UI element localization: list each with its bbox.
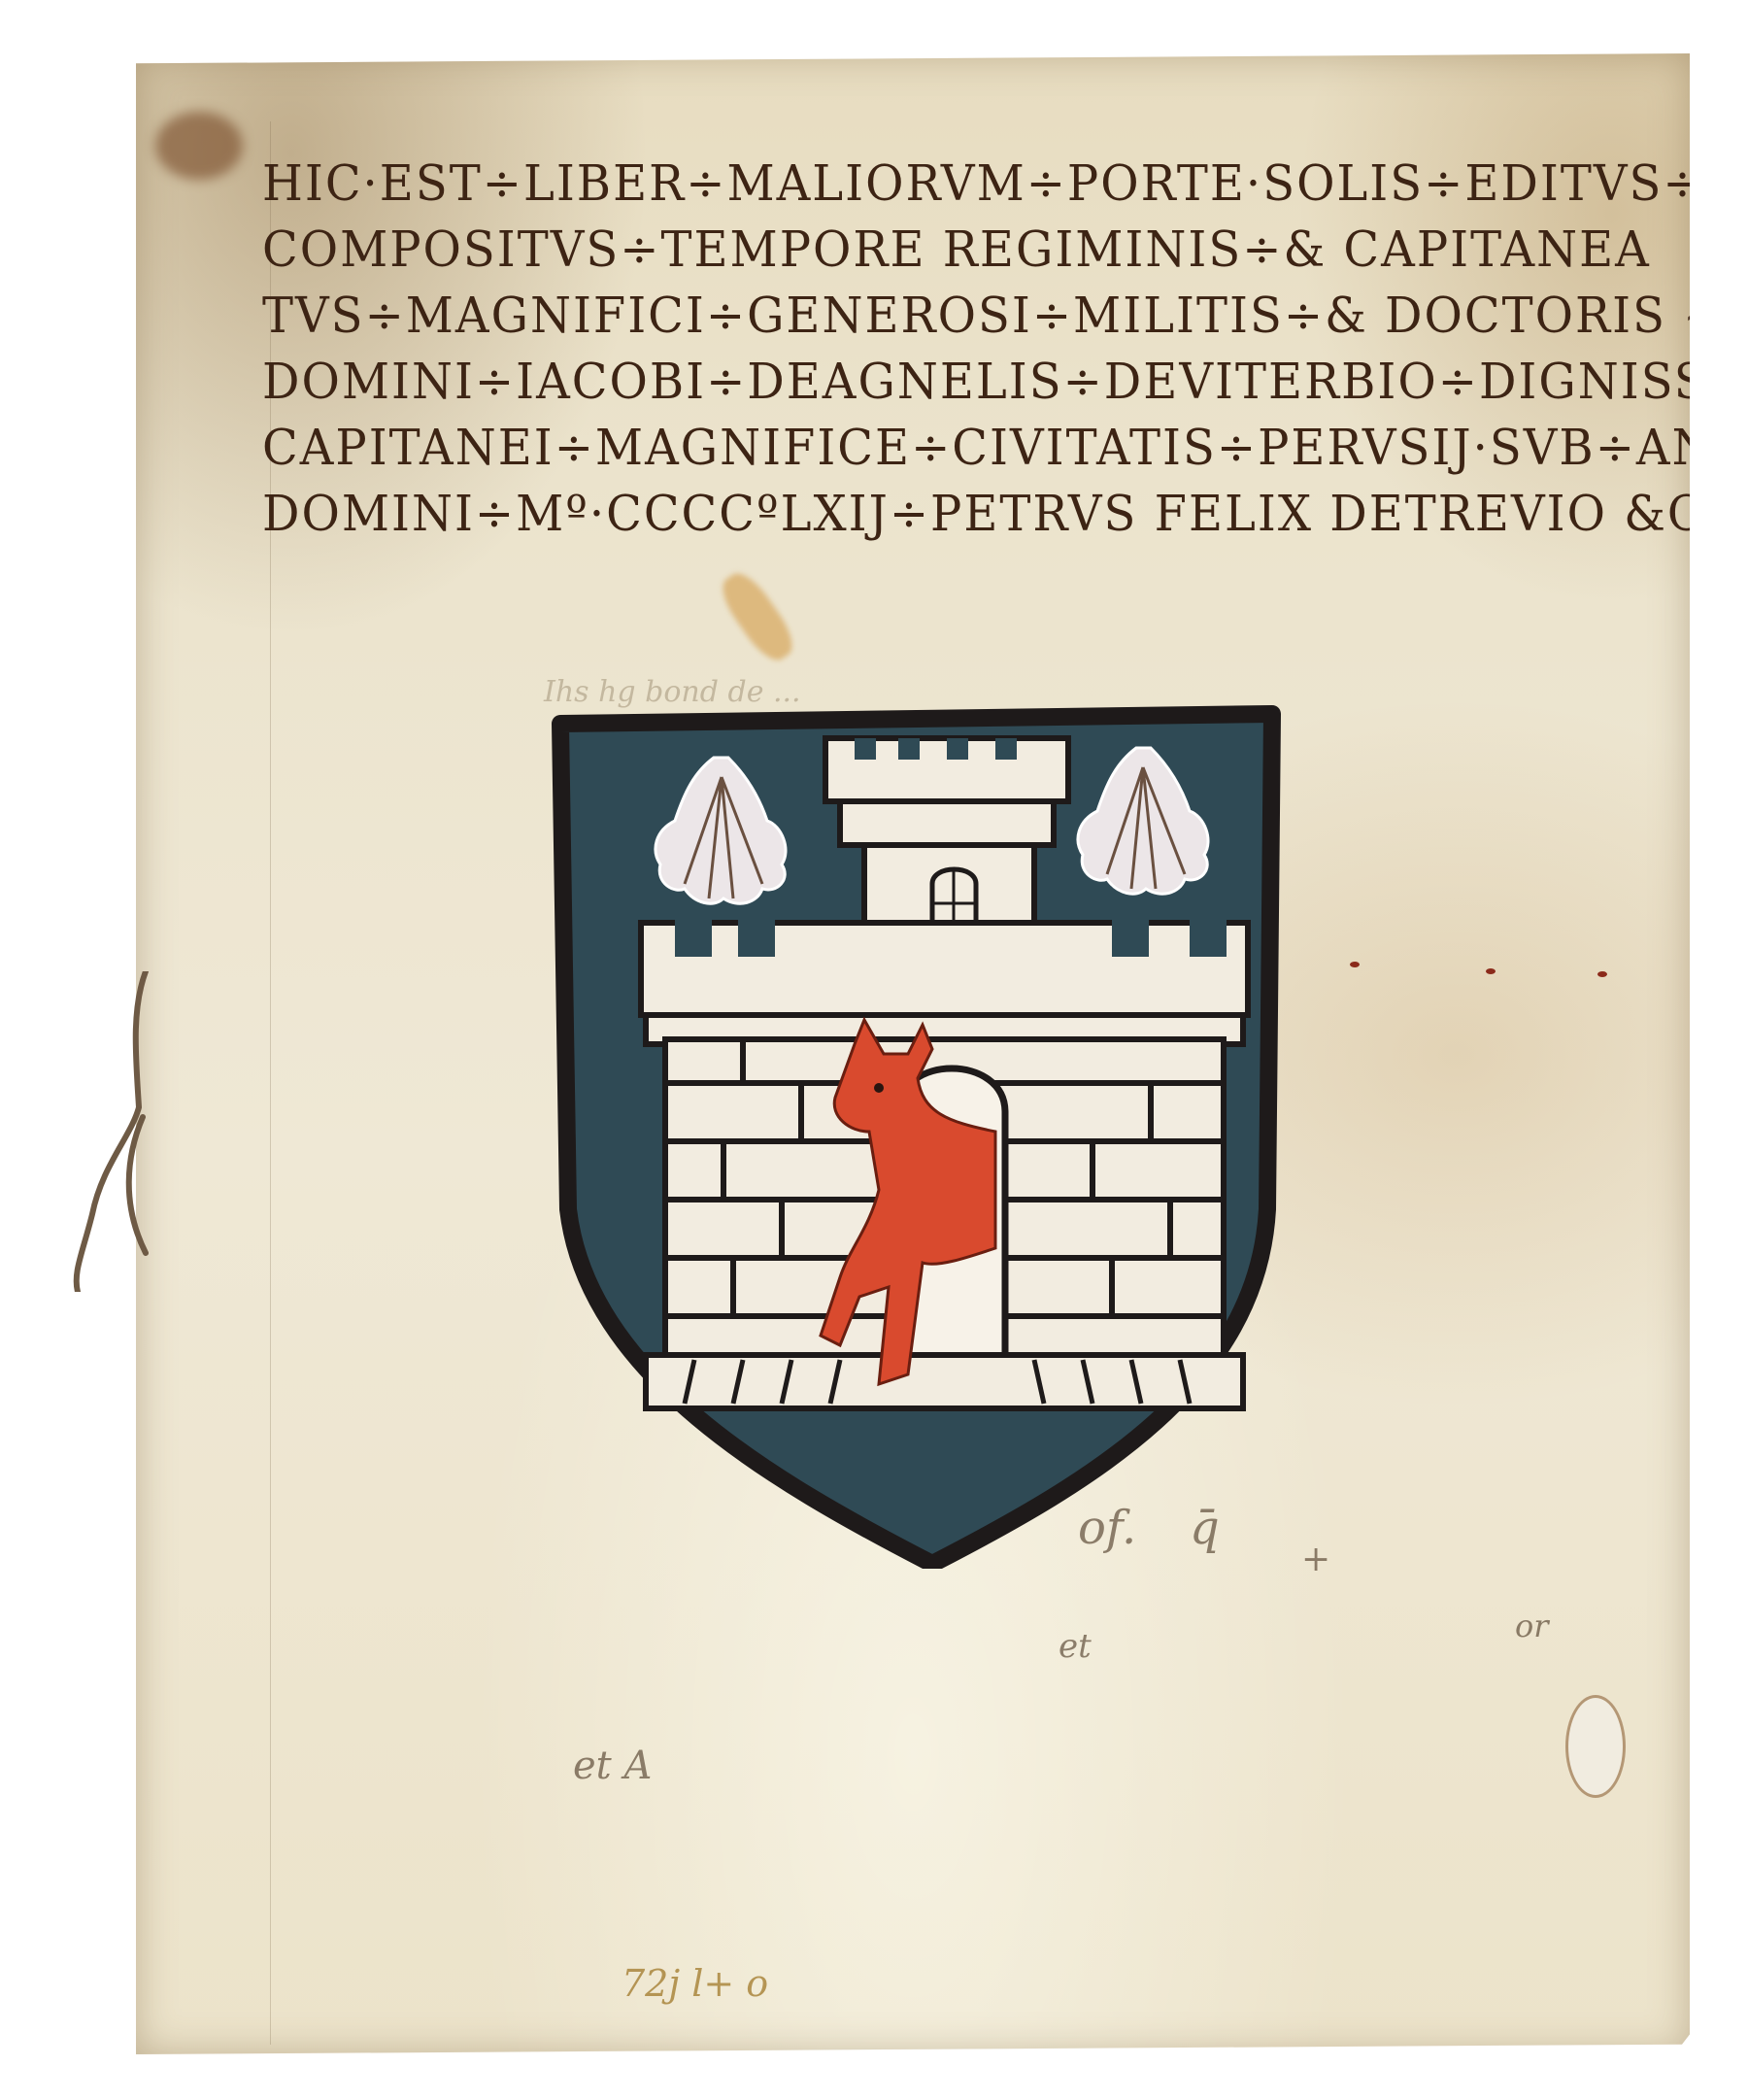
red-spot <box>1350 962 1360 967</box>
marginal-note: + <box>1301 1540 1330 1579</box>
inscription-line: CAPITANEI÷MAGNIFICE÷CIVITATIS÷PERVSIJ·SV… <box>262 413 1661 482</box>
marginal-note-ochre: 72j l+ o <box>622 1962 768 2005</box>
inscription-line: TVS÷MAGNIFICI÷GENEROSI÷MILITIS÷& DOCTORI… <box>262 281 1661 350</box>
marginal-note: et A <box>573 1744 652 1788</box>
binding-thread-icon <box>53 971 151 1292</box>
stain-drip <box>714 566 801 668</box>
marginal-note: et <box>1059 1627 1092 1666</box>
title-inscription: HIC·EST÷LIBER÷MALIORVM÷PORTE·SOLIS÷EDITV… <box>262 151 1661 547</box>
ink-stain-corner <box>155 112 243 180</box>
inscription-line: DOMINI÷IACOBI÷DEAGNELIS÷DEVITERBIO÷DIGNI… <box>262 347 1661 416</box>
marginal-note: or <box>1515 1608 1549 1644</box>
coat-of-arms-shield <box>549 704 1287 1569</box>
inscription-line: HIC·EST÷LIBER÷MALIORVM÷PORTE·SOLIS÷EDITV… <box>262 149 1661 218</box>
parchment-hole <box>1565 1695 1626 1798</box>
red-spot <box>1597 971 1607 977</box>
inscription-line: COMPOSITVS÷TEMPORE REGIMINIS÷& CAPITANEA <box>262 215 1661 284</box>
red-spot <box>1486 968 1496 974</box>
inscription-line: DOMINI÷Mº·CCCCºLXIJ÷PETRVS FELIX DETREVI… <box>262 479 1661 548</box>
